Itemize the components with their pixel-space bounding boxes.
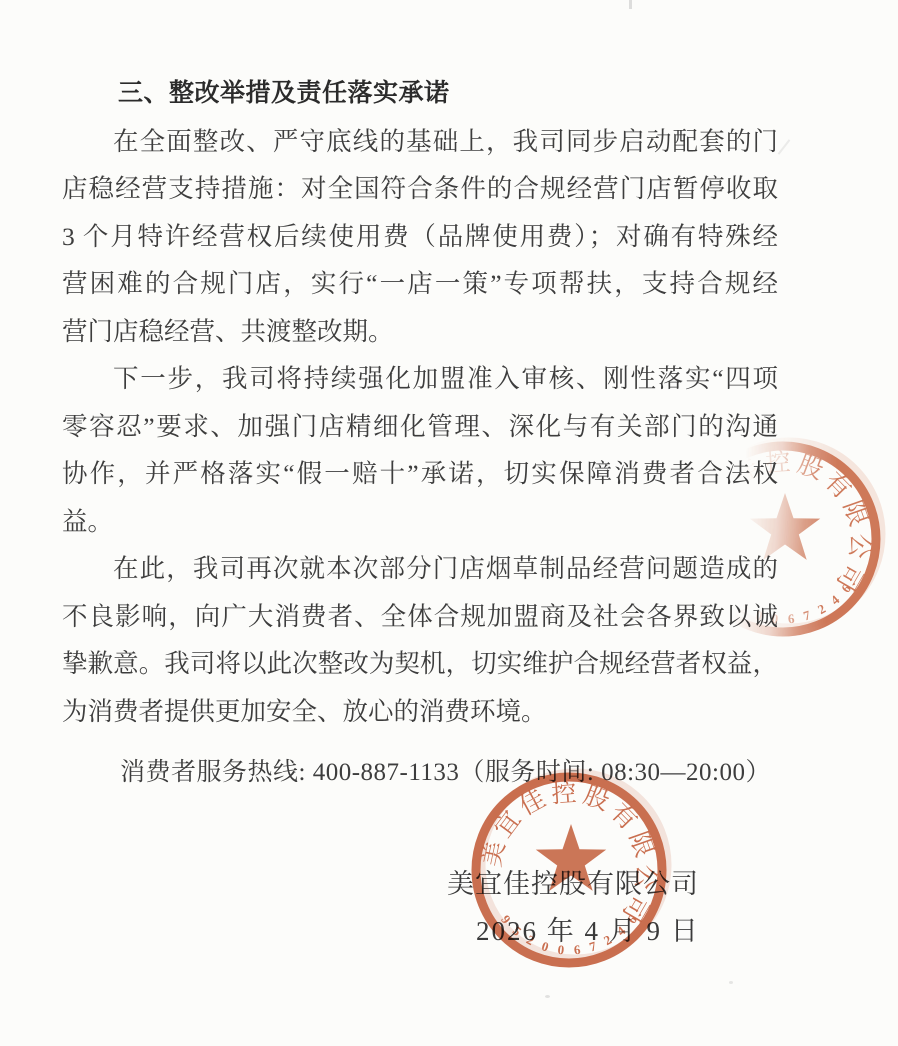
document-page: 三、整改举措及责任落实承诺 在全面整改、严守底线的基础上，我司同步启动配套的门店…	[0, 0, 898, 1046]
body-line: 在全面整改、严守底线的基础上，我司同步启动配套的门	[62, 118, 778, 166]
photo-artifact	[729, 981, 733, 984]
body-line: 3 个月特许经营权后续使用费（品牌使用费）；对确有特殊经	[62, 213, 778, 261]
svg-text:4: 4	[828, 592, 843, 608]
body-line: 店稳经营支持措施：对全国符合条件的合规经营门店暂停收取	[62, 165, 778, 213]
body-line: 下一步，我司将持续强化加盟准入审核、刚性落实“四项	[62, 355, 778, 403]
svg-text:6: 6	[787, 611, 795, 627]
svg-text:公: 公	[844, 532, 873, 559]
photo-artifact	[629, 0, 632, 9]
svg-text:限: 限	[838, 497, 872, 530]
photo-artifact	[778, 139, 791, 154]
body-line: 协作，并严格落实“假一赔十”承诺，切实保障消费者合法权	[62, 450, 778, 498]
body-line: 营门店稳经营、共渡整改期。	[62, 308, 778, 356]
section-heading: 三、整改举措及责任落实承诺	[62, 70, 778, 118]
document-body: 三、整改举措及责任落实承诺 在全面整改、严守底线的基础上，我司同步启动配套的门店…	[62, 70, 778, 956]
paragraph: 下一步，我司将持续强化加盟准入审核、刚性落实“四项零容忍”要求、加强门店精细化管…	[62, 355, 778, 545]
svg-text:有: 有	[819, 467, 857, 504]
svg-text:7: 7	[801, 607, 812, 623]
photo-artifact	[545, 995, 550, 998]
body-line: 不良影响，向广大消费者、全体合规加盟商及社会各界致以诚	[62, 593, 778, 641]
hotline-text: 消费者服务热线: 400-887-1133（服务时间: 08:30—20:00）	[62, 749, 778, 797]
svg-text:6: 6	[838, 581, 854, 596]
body-line: 在此，我司再次就本次部分门店烟草制品经营问题造成的	[62, 545, 778, 593]
paragraph: 在此，我司再次就本次部分门店烟草制品经营问题造成的不良影响，向广大消费者、全体合…	[62, 545, 778, 735]
body-line: 为消费者提供更加安全、放心的消费环境。	[62, 688, 778, 736]
svg-text:股: 股	[794, 451, 827, 485]
body-line: 营困难的合规门店，实行“一店一策”专项帮扶，支持合规经	[62, 260, 778, 308]
svg-text:司: 司	[831, 559, 867, 594]
paragraph: 在全面整改、严守底线的基础上，我司同步启动配套的门店稳经营支持措施：对全国符合条…	[62, 118, 778, 356]
paragraphs-container: 在全面整改、严守底线的基础上，我司同步启动配套的门店稳经营支持措施：对全国符合条…	[62, 118, 778, 736]
body-line: 益。	[62, 498, 778, 546]
body-line: 零容忍”要求、加强门店精细化管理、深化与有关部门的沟通	[62, 403, 778, 451]
signature-date: 2026 年 4 月 9 日	[476, 908, 778, 956]
svg-text:2: 2	[815, 601, 828, 617]
signature-company: 美宜佳控股有限公司	[447, 861, 778, 909]
body-line: 挚歉意。我司将以此次整改为契机，切实维护合规经营者权益，	[62, 640, 778, 688]
